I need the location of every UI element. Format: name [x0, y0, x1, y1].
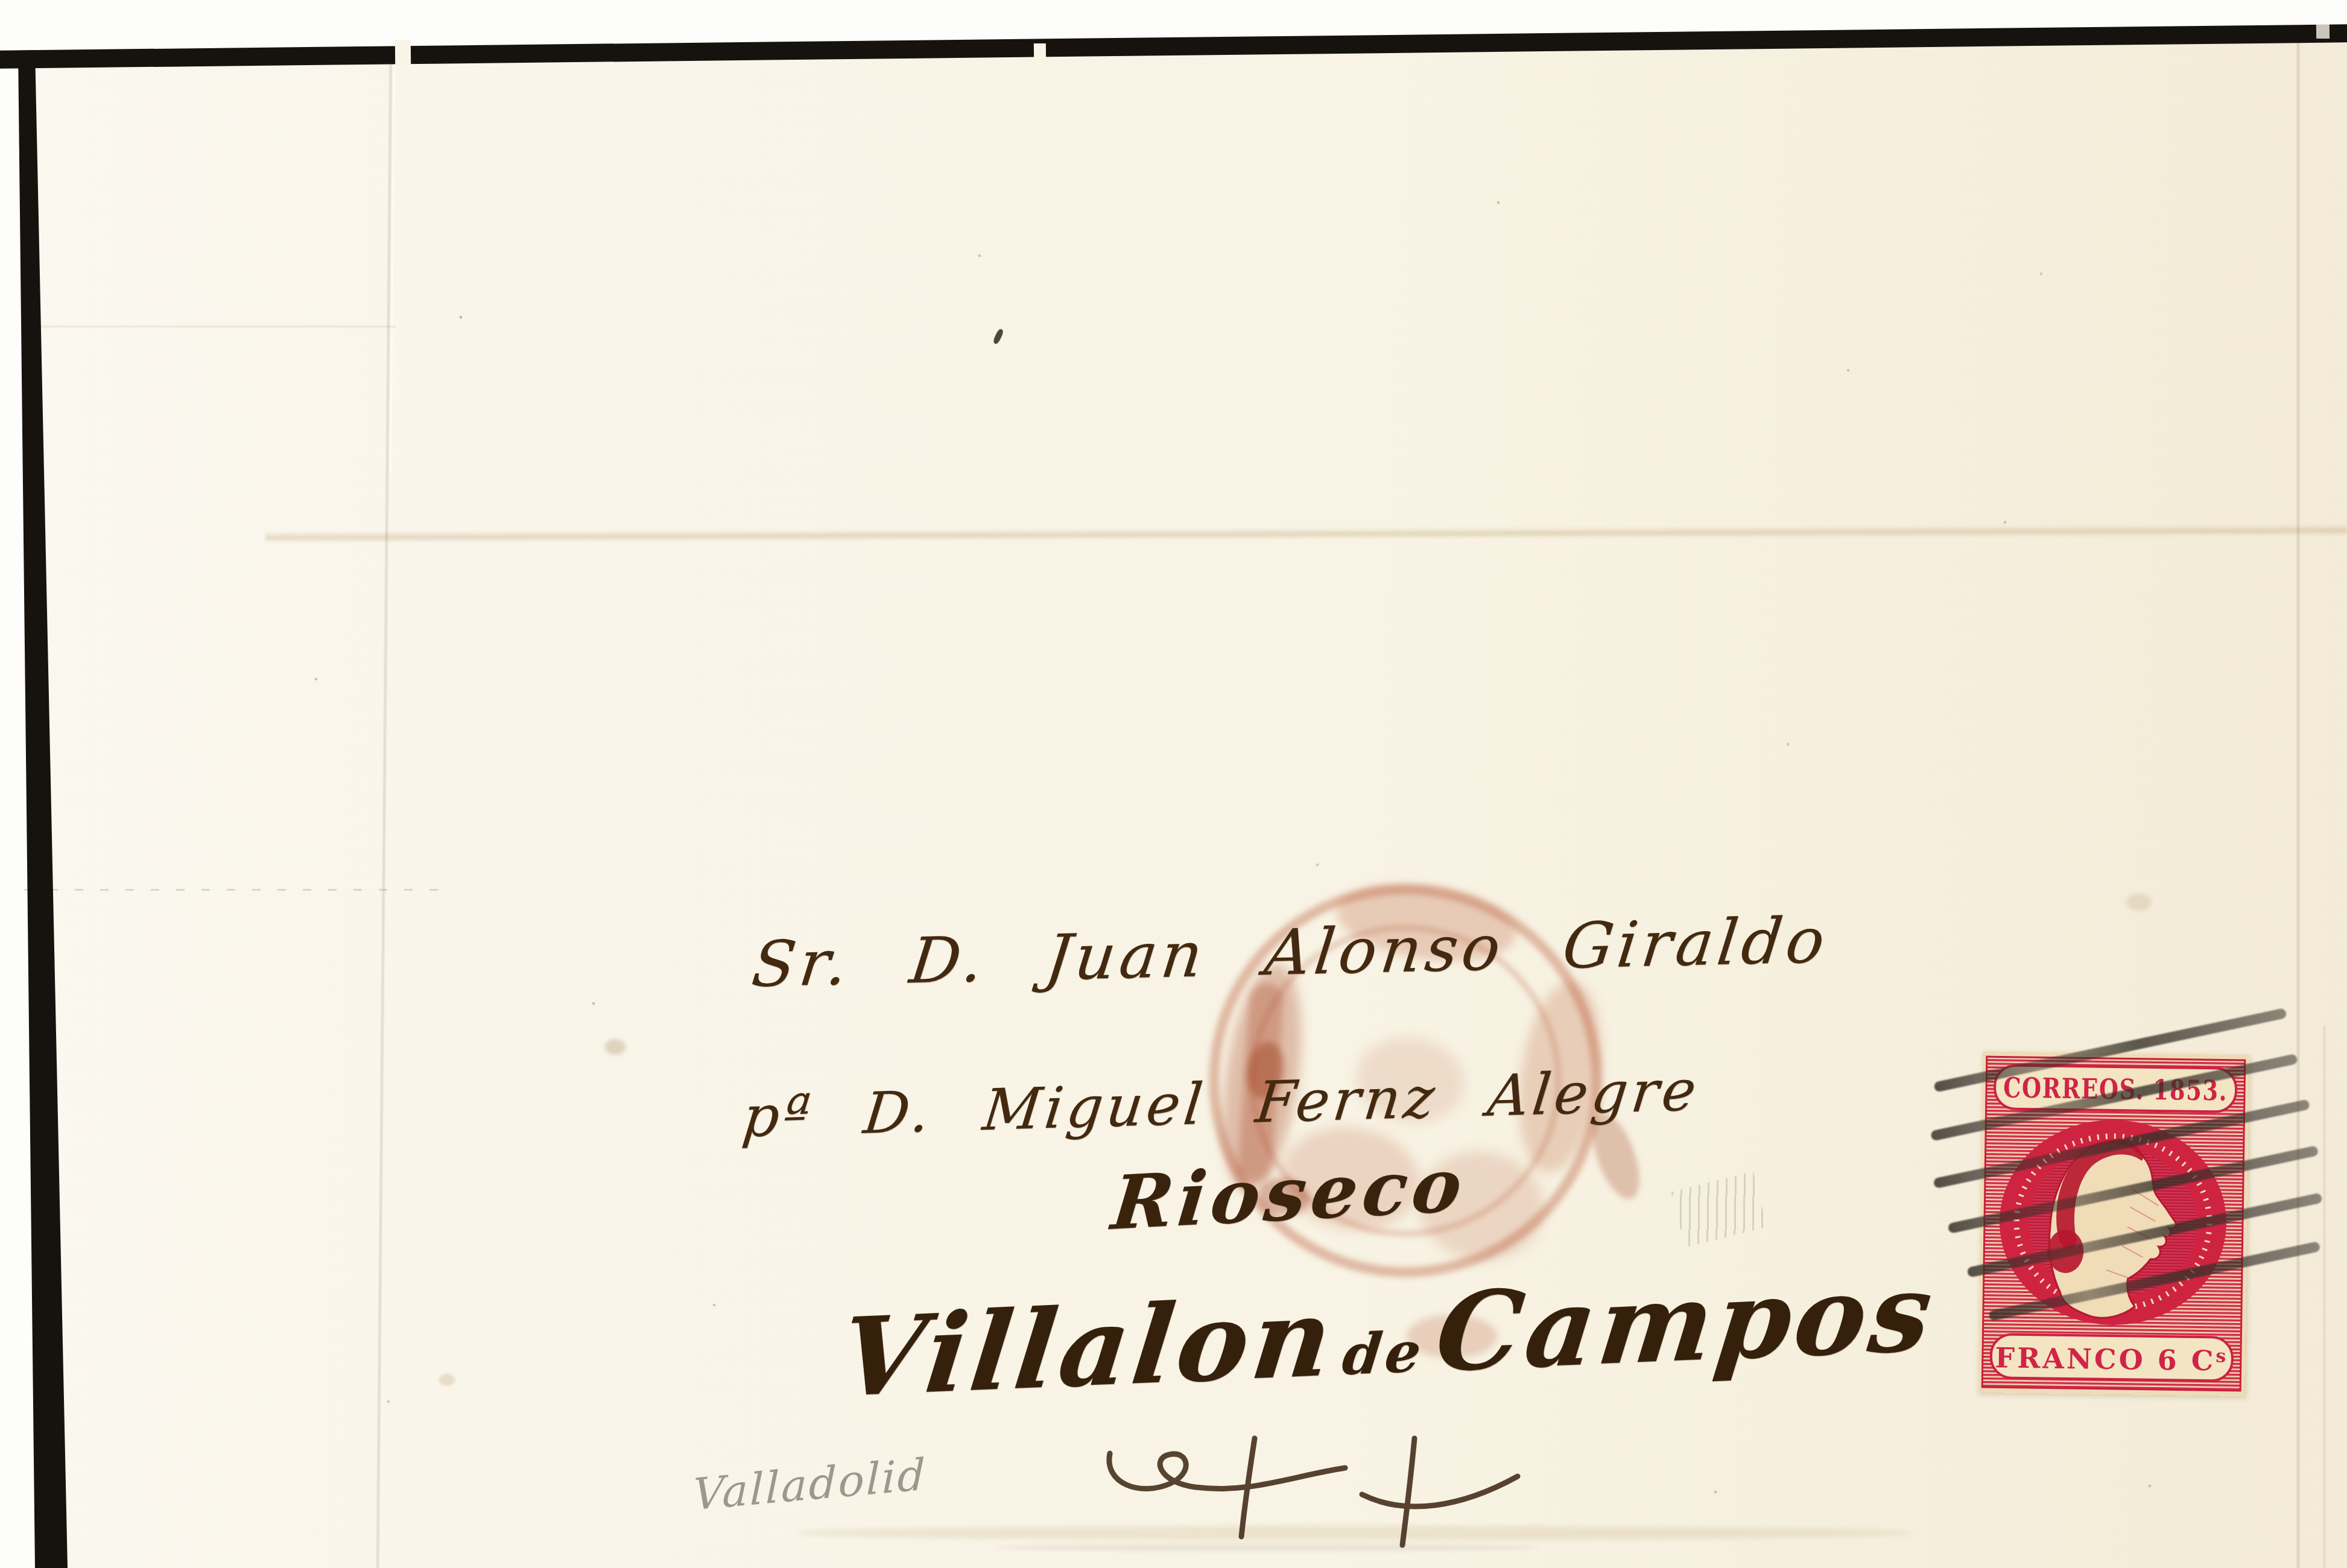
address-line-4-region: Campos	[1430, 1248, 1942, 1396]
cancel-bar	[1947, 1145, 2319, 1234]
paper-tear-notch	[2316, 24, 2330, 39]
paper-tear-notch	[395, 40, 411, 65]
fox-spot	[439, 1374, 455, 1386]
paper-tear-notch	[1034, 43, 1046, 59]
fold-crease-right-edge	[2297, 36, 2299, 1568]
cover-scan: Sr. D. Juan Alonso Giraldo pª D. Miguel …	[0, 0, 2347, 1568]
pencil-offset-marks	[24, 889, 446, 891]
fox-spot	[2126, 894, 2152, 911]
address-line-4-town: Villalon	[835, 1274, 1342, 1421]
cancel-bar	[1933, 1099, 2310, 1189]
fold-crease-left-panel	[22, 326, 396, 327]
address-line-4-connector: de	[1328, 1318, 1439, 1388]
stamp-denomination-superscript: s	[2216, 1345, 2228, 1367]
fox-spot	[605, 1039, 626, 1055]
paper-specks	[0, 0, 2, 2]
cancel-bar	[1966, 1192, 2322, 1277]
signature-flourish	[1092, 1405, 1550, 1556]
